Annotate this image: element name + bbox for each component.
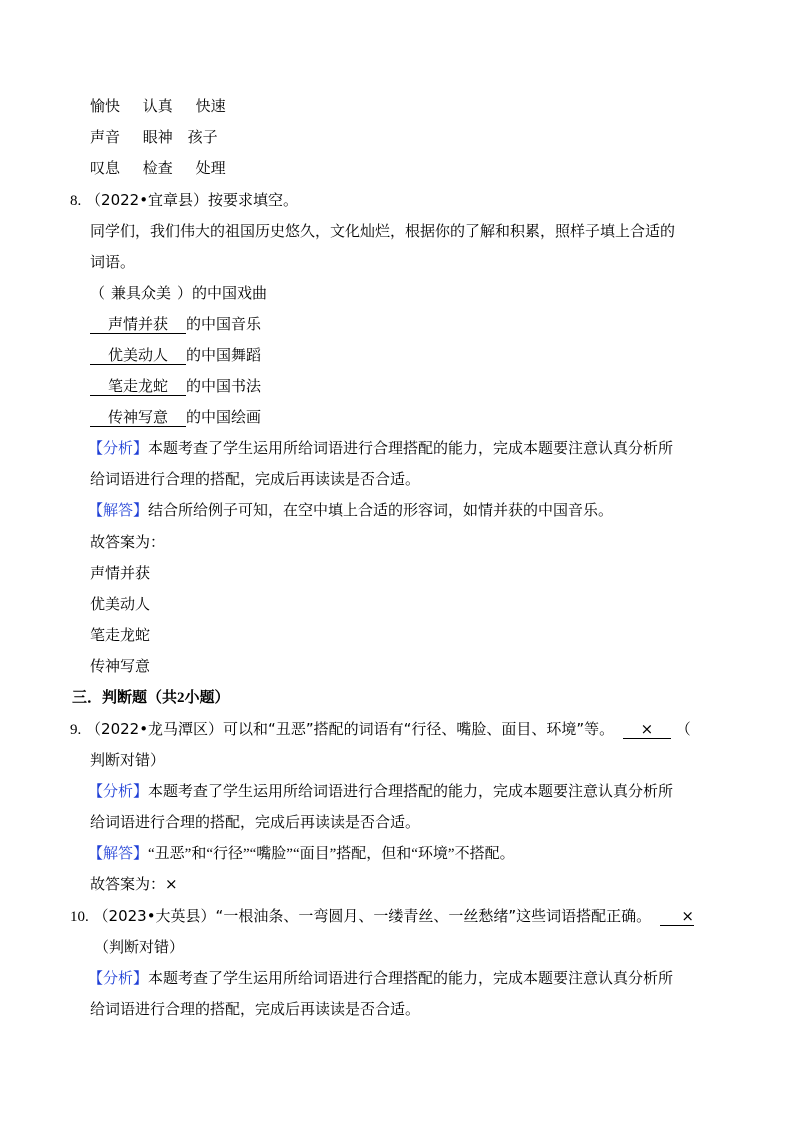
q8-fill-4: 传神写意的中国绘画 (90, 407, 261, 427)
solution-tag: 【解答】 (88, 844, 148, 862)
answer-blank: 声情并获 (90, 315, 186, 334)
question-source: （2022•宜章县）按要求填空。 (86, 191, 298, 209)
q8-answer-3: 笔走龙蛇 (90, 625, 150, 645)
answer-blank: × (660, 907, 694, 926)
answer-blank: × (623, 720, 671, 739)
q9-answer: 故答案为：× (90, 874, 178, 894)
section-title: 三．判断题（共2小题） (72, 688, 230, 708)
word: 眼神 (143, 127, 183, 147)
q8-fill-1: 声情并获的中国音乐 (90, 314, 261, 334)
q8-answer-label: 故答案为： (90, 532, 165, 552)
q9-header: 9. （2022•龙马潭区）可以和“丑恶”搭配的词语有“行径、嘴脸、面目、环境”… (70, 719, 691, 739)
word: 快速 (196, 96, 226, 116)
q9-analysis: 【分析】本题考查了学生运用所给词语进行合理搭配的能力，完成本题要注意认真分析所 (88, 781, 673, 801)
q8-example: （兼具众美）的中国戏曲 (90, 283, 267, 303)
word: 检查 (143, 158, 191, 178)
analysis-tag: 【分析】 (88, 782, 148, 800)
q8-header: 8. （2022•宜章县）按要求填空。 (70, 190, 298, 210)
q10-header: 10. （2023•大英县）“一根油条、一弯圆月、一缕青丝、一丝愁绪”这些词语搭… (70, 906, 694, 926)
q8-answer-2: 优美动人 (90, 594, 150, 614)
answer-blank: 笔走龙蛇 (90, 377, 186, 396)
q8-fill-3: 笔走龙蛇的中国书法 (90, 376, 261, 396)
solution-tag: 【解答】 (88, 501, 148, 519)
answer-blank: 传神写意 (90, 408, 186, 427)
word-row-1: 愉快 认真 快速 (90, 96, 226, 116)
word-row-2: 声音 眼神 孩子 (90, 127, 218, 147)
q8-answer-1: 声情并获 (90, 563, 150, 583)
q8-solution: 【解答】结合所给例子可知，在空中填上合适的形容词，如情并获的中国音乐。 (88, 500, 613, 520)
word: 处理 (196, 158, 226, 178)
answer-blank: 优美动人 (90, 346, 186, 365)
word: 认真 (143, 96, 191, 116)
word: 声音 (90, 127, 138, 147)
q10-analysis: 【分析】本题考查了学生运用所给词语进行合理搭配的能力，完成本题要注意认真分析所 (88, 968, 673, 988)
question-number: 10. (70, 909, 89, 925)
example-word: 兼具众美 (111, 284, 171, 302)
word: 孩子 (188, 127, 218, 147)
question-number: 8. (70, 193, 81, 209)
q8-analysis: 【分析】本题考查了学生运用所给词语进行合理搭配的能力，完成本题要注意认真分析所 (88, 438, 673, 458)
word: 愉快 (90, 96, 138, 116)
q8-answer-4: 传神写意 (90, 656, 150, 676)
word-row-3: 叹息 检查 处理 (90, 158, 226, 178)
q10-analysis-cont: 给词语进行合理的搭配，完成后再读读是否合适。 (90, 999, 420, 1019)
q9-solution: 【解答】“丑恶”和“行径”“嘴脸”“面目”搭配，但和“环境”不搭配。 (88, 843, 515, 863)
q8-prompt-line2: 词语。 (90, 252, 135, 272)
question-number: 9. (70, 722, 81, 738)
q9-analysis-cont: 给词语进行合理的搭配，完成后再读读是否合适。 (90, 812, 420, 832)
q8-fill-2: 优美动人的中国舞蹈 (90, 345, 261, 365)
q9-line2: 判断对错） (90, 750, 165, 770)
q10-line2: （判断对错） (94, 937, 184, 957)
analysis-tag: 【分析】 (88, 439, 148, 457)
word: 叹息 (90, 158, 138, 178)
q8-prompt-line1: 同学们，我们伟大的祖国历史悠久，文化灿烂，根据你的了解和积累，照样子填上合适的 (90, 221, 675, 241)
q8-analysis-cont: 给词语进行合理的搭配，完成后再读读是否合适。 (90, 469, 420, 489)
analysis-tag: 【分析】 (88, 969, 148, 987)
